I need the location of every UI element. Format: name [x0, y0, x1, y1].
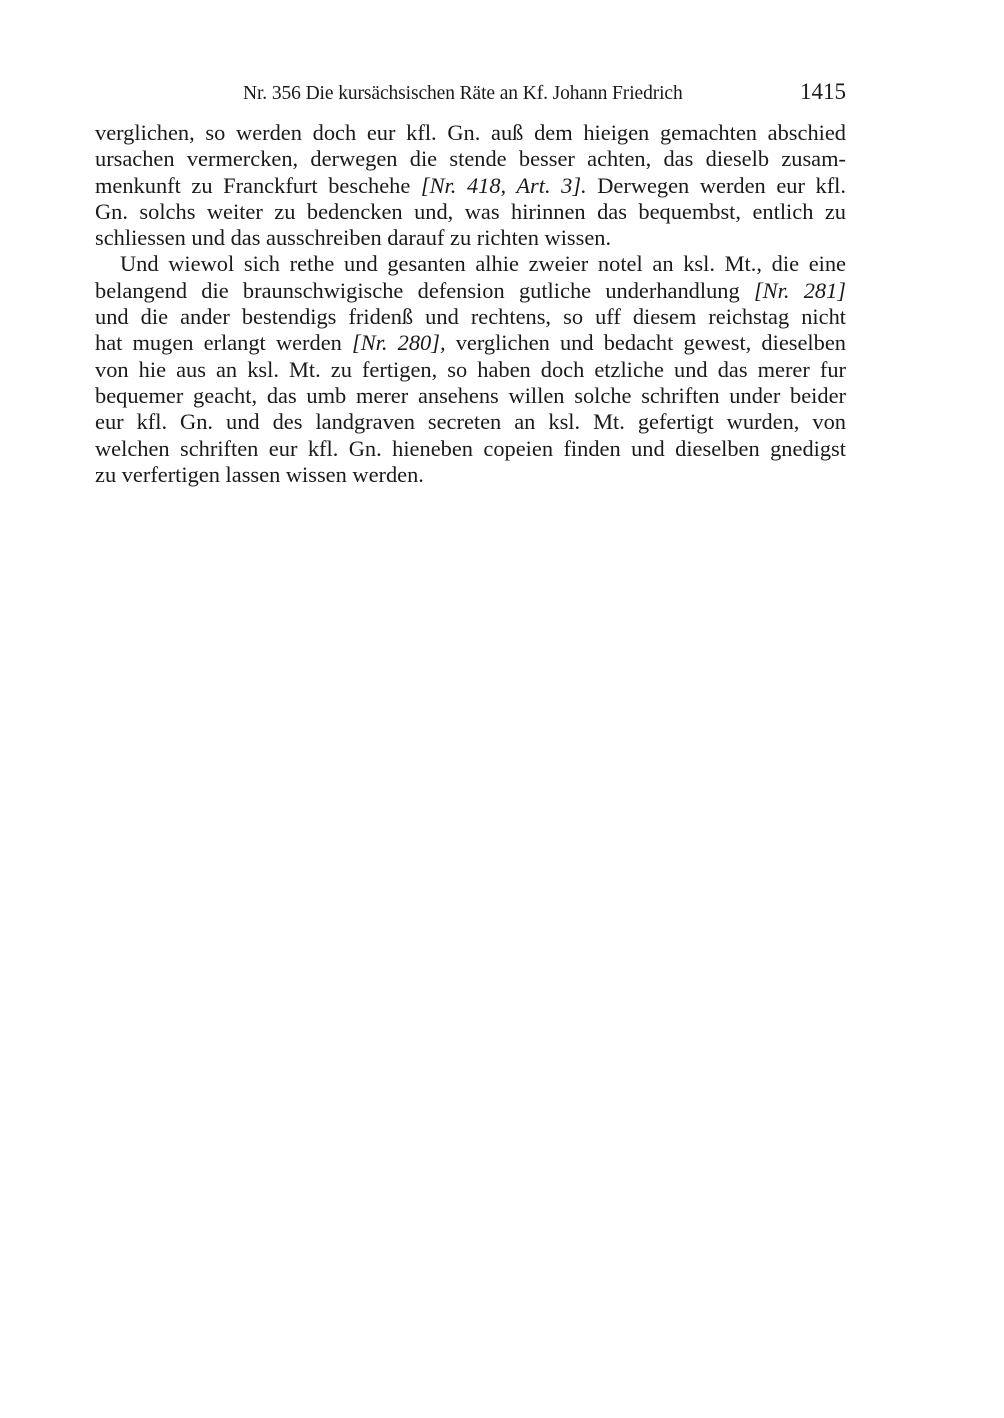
text-line: und die ander bestendigs fridenß und rec… — [95, 304, 846, 330]
text-segment: Und wiewol sich rethe und gesanten alhie… — [120, 251, 846, 276]
text-segment: zu verfertigen lassen wissen werden. — [95, 462, 424, 487]
text-segment: hat mugen erlangt werden — [95, 330, 352, 355]
text-segment: menkunft zu Franckfurt beschehe — [95, 173, 421, 198]
text-line: Gn. solchs weiter zu bedencken und, was … — [95, 199, 846, 225]
text-segment: schliessen und das ausschreiben darauf z… — [95, 225, 611, 250]
paragraph: verglichen, so werden doch eur kfl. Gn. … — [95, 120, 846, 251]
running-title: Nr. 356 Die kursächsischen Räte an Kf. J… — [243, 83, 683, 105]
cross-reference: [Nr. 281] — [754, 278, 846, 303]
text-segment: verglichen und bedacht gewest, dieselben — [446, 330, 846, 355]
page-number: 1415 — [800, 79, 846, 105]
text-segment: Gn. solchs weiter zu bedencken und, was … — [95, 199, 846, 224]
text-line: menkunft zu Franckfurt beschehe [Nr. 418… — [95, 173, 846, 199]
text-line: bequemer geacht, das umb merer ansehens … — [95, 383, 846, 409]
body-text: verglichen, so werden doch eur kfl. Gn. … — [95, 120, 846, 488]
text-segment: von hie aus an ksl. Mt. zu fertigen, so … — [95, 357, 846, 382]
text-line: eur kfl. Gn. und des landgraven secreten… — [95, 409, 846, 435]
text-segment: Derwegen werden eur kfl. — [587, 173, 846, 198]
text-line: ursachen vermercken, derwegen die stende… — [95, 146, 846, 172]
document-page: Nr. 356 Die kursächsischen Räte an Kf. J… — [0, 0, 1004, 1418]
cross-reference: [Nr. 280], — [352, 330, 446, 355]
text-line: schliessen und das ausschreiben darauf z… — [95, 225, 846, 251]
text-segment: verglichen, so werden doch eur kfl. Gn. … — [95, 120, 846, 145]
text-segment: eur kfl. Gn. und des landgraven secreten… — [95, 409, 846, 434]
text-line: verglichen, so werden doch eur kfl. Gn. … — [95, 120, 846, 146]
text-segment: und die ander bestendigs fridenß und rec… — [95, 304, 846, 329]
text-segment: ursachen vermercken, derwegen die stende… — [95, 146, 846, 171]
text-segment: belangend die braunschwigische defension… — [95, 278, 754, 303]
cross-reference: [Nr. 418, Art. 3]. — [421, 173, 587, 198]
text-segment: bequemer geacht, das umb merer ansehens … — [95, 383, 846, 408]
text-line: welchen schriften eur kfl. Gn. hieneben … — [95, 436, 846, 462]
text-line: von hie aus an ksl. Mt. zu fertigen, so … — [95, 357, 846, 383]
text-line: Und wiewol sich rethe und gesanten alhie… — [95, 251, 846, 277]
running-header: Nr. 356 Die kursächsischen Räte an Kf. J… — [95, 78, 846, 108]
text-line: belangend die braunschwigische defension… — [95, 278, 846, 304]
text-line: zu verfertigen lassen wissen werden. — [95, 462, 846, 488]
text-segment: welchen schriften eur kfl. Gn. hieneben … — [95, 436, 846, 461]
text-line: hat mugen erlangt werden [Nr. 280], verg… — [95, 330, 846, 356]
paragraph: Und wiewol sich rethe und gesanten alhie… — [95, 251, 846, 488]
